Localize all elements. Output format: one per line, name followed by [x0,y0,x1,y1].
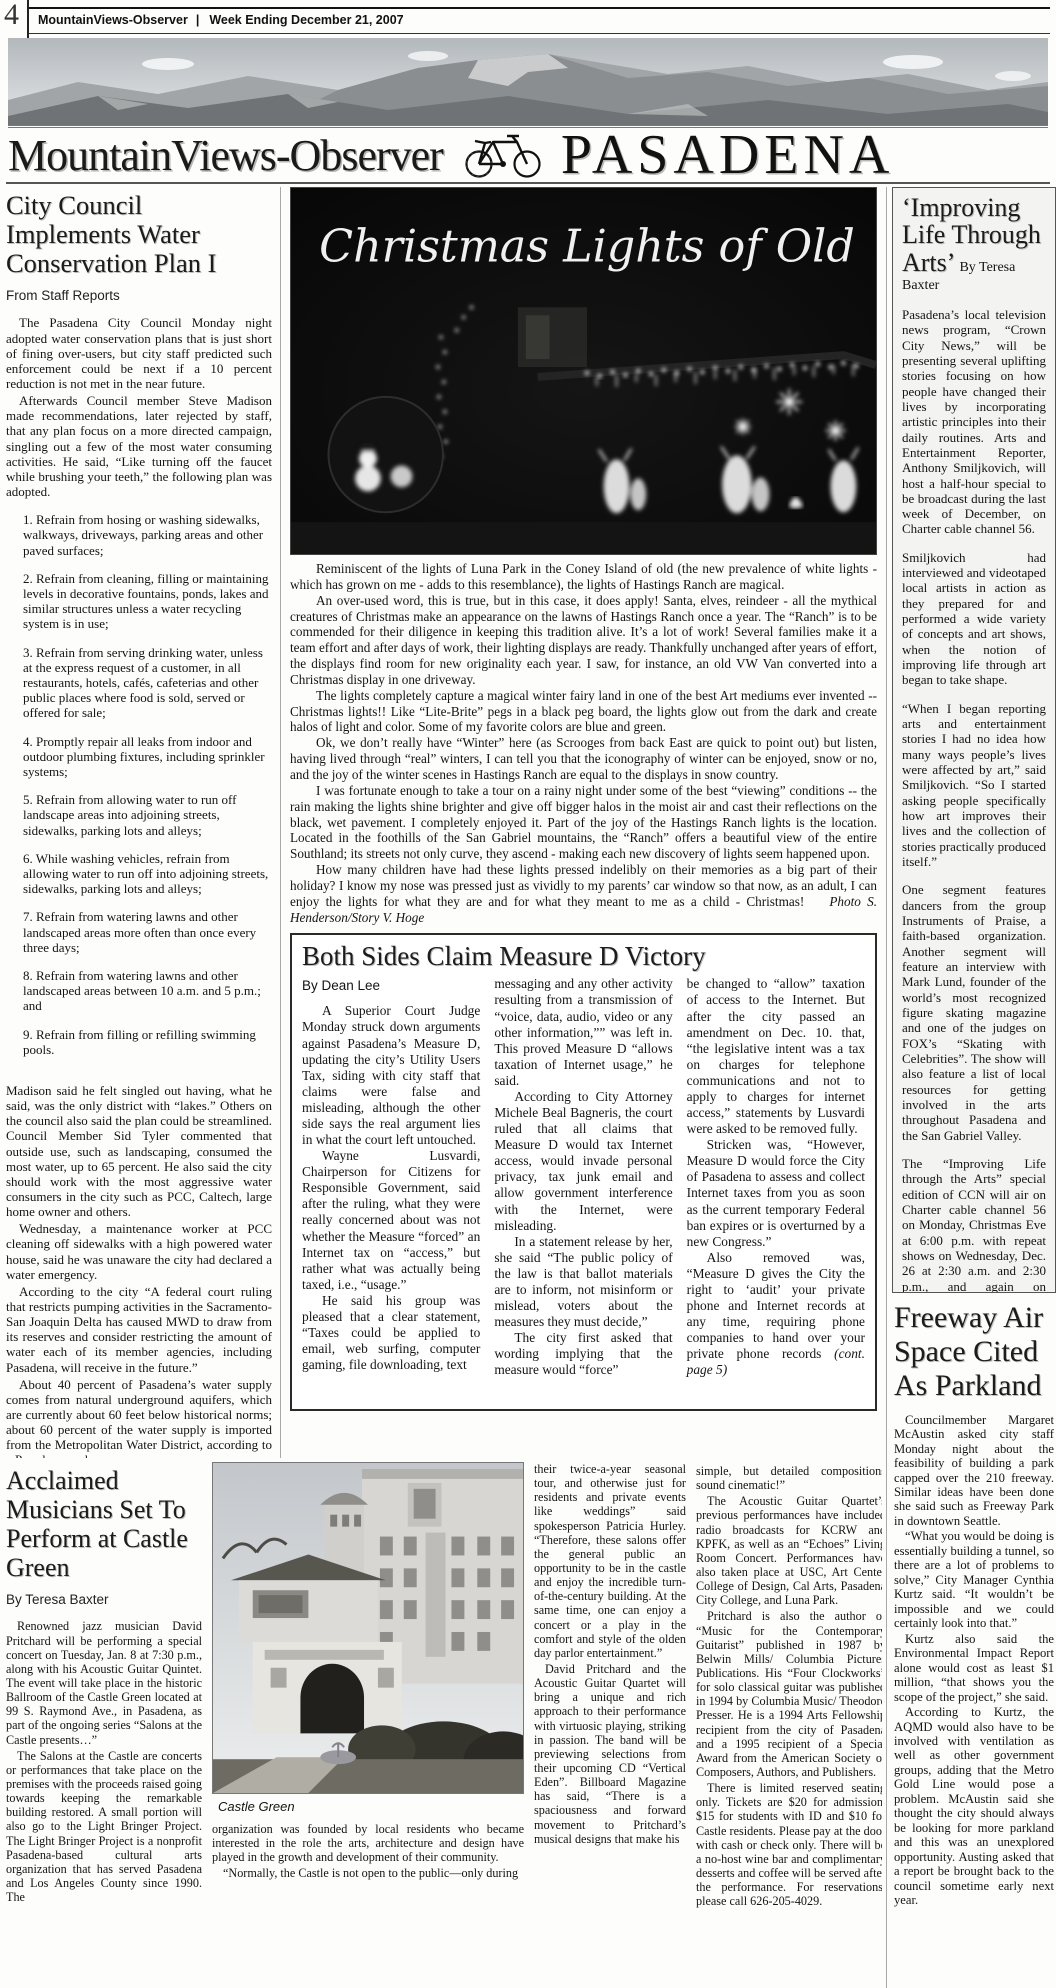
header-rule-bottom [29,33,1050,34]
paragraph: Wayne Lusvardi, Chairperson for Citizens… [302,1148,480,1293]
paragraph-with-credit: How many children have had these lights … [290,862,877,925]
list-item: 9. Refrain from filling or refilling swi… [6,1027,272,1057]
paragraph: The city first asked that wording implyi… [494,1330,672,1378]
paragraph: The Acoustic Guitar Quartet’s previous p… [696,1494,882,1607]
article-freeway-parkland: Freeway Air Space Cited As Parkland Coun… [892,1293,1056,1908]
newspaper-page: 4 MountainViews-Observer|Week Ending Dec… [0,0,1056,1988]
paragraph: Pritchard is also the author of “Music f… [696,1609,882,1779]
measure-d-column-2: messaging and any other activity resulti… [494,976,672,1378]
article-city-council: City Council Implements Water Conservati… [2,187,281,1458]
paragraph: “When I began reporting arts and enterta… [902,701,1046,870]
list-item: 6. While washing vehicles, refrain from … [6,851,272,897]
paragraph: One segment features dancers from the gr… [902,882,1046,1143]
paragraph: “Normally, the Castle is not open to the… [212,1866,524,1880]
paragraph: simple, but detailed compositions sound … [696,1464,882,1492]
paragraph: Stricken was, “However, Measure D would … [687,1137,865,1250]
castle-green-headline: Acclaimed Musicians Set To Perform at Ca… [6,1466,202,1582]
page-body: City Council Implements Water Conservati… [0,184,1056,1988]
paragraph: An over-used word, this is true, but in … [290,593,877,688]
castle-green-photo [212,1462,524,1794]
paragraph: In a statement release by her, she said … [494,1234,672,1330]
paragraph: How many children have had these lights … [290,862,877,909]
paragraph: The Pasadena City Council Monday night a… [6,315,272,391]
paragraph: According to the city “A federal court r… [6,1284,272,1375]
paragraph: I was fortunate enough to take a tour on… [290,783,877,862]
measure-d-byline: By Dean Lee [302,978,480,993]
article-castle-green: Acclaimed Musicians Set To Perform at Ca… [2,1458,882,1988]
castle-green-photo-column: Castle Green organization was founded by… [212,1462,524,1988]
masthead-title: MountainViews-Observer [8,130,443,181]
paragraph: messaging and any other activity resulti… [494,976,672,1089]
paragraph: A Superior Court Judge Monday struck dow… [302,1003,480,1148]
city-council-continued: Madison said he felt singled out having,… [6,1083,272,1458]
paragraph: Pasadena’s local television news program… [902,307,1046,537]
measure-d-column-3: be changed to “allow” taxation of access… [687,976,865,1378]
city-council-headline: City Council Implements Water Conservati… [6,191,272,278]
page-number: 4 [4,0,19,32]
freeway-headline: Freeway Air Space Cited As Parkland [894,1301,1054,1403]
castle-green-column-1: Acclaimed Musicians Set To Perform at Ca… [6,1462,202,1988]
castle-green-byline: By Teresa Baxter [6,1592,202,1607]
masthead-section: PASADENA [561,123,895,187]
paragraph: “What you would be doing is essentially … [894,1529,1054,1630]
right-column: ‘Improving Life Through Arts’ By Teresa … [886,187,1056,1988]
paragraph: Councilmember Margaret McAustin asked ci… [894,1413,1054,1529]
list-item: 5. Refrain from allowing water to run of… [6,792,272,838]
paragraph: their twice-a-year seasonal tour, and ot… [534,1462,686,1660]
castle-green-caption: Castle Green [218,1799,524,1814]
list-item: 8. Refrain from watering lawns and other… [6,968,272,1014]
folio-line: MountainViews-Observer|Week Ending Decem… [38,13,404,27]
paragraph: be changed to “allow” taxation of access… [687,976,865,1137]
measure-d-columns: By Dean Lee A Superior Court Judge Monda… [302,976,865,1378]
paragraph: The Salons at the Castle are concerts or… [6,1749,202,1905]
castle-green-column-4: simple, but detailed compositions sound … [696,1462,882,1988]
paragraph: Ok, we don’t really have “Winter” here (… [290,735,877,783]
list-item: 7. Refrain from watering lawns and other… [6,909,272,955]
conservation-rules-list: 1. Refrain from hosing or washing sidewa… [6,512,272,1057]
christmas-article-text: Reminiscent of the lights of Luna Park i… [290,561,877,925]
castle-green-column-3: their twice-a-year seasonal tour, and ot… [534,1462,686,1988]
christmas-photo-title: Christmas Lights of Old [319,220,855,272]
paragraph: Wednesday, a maintenance worker at PCC c… [6,1221,272,1282]
middle-column: Christmas Lights of Old [285,187,882,1458]
paragraph: Madison said he felt singled out having,… [6,1083,272,1219]
masthead: MountainViews-Observer PASADENA [6,128,1050,184]
mountain-banner-photo [8,38,1048,128]
paragraph: He said his group was pleased that a cle… [302,1293,480,1373]
paragraph: Kurtz also said the Environmental Impact… [894,1632,1054,1704]
paragraph: Also removed was, “Measure D gives the C… [687,1250,865,1361]
paragraph: According to City Attorney Michele Beal … [494,1089,672,1234]
header-rule-top [29,7,1050,9]
paragraph: The “Improving Life through the Arts” sp… [902,1156,1046,1293]
page-header: 4 MountainViews-Observer|Week Ending Dec… [0,0,1056,38]
article-improving-arts: ‘Improving Life Through Arts’ By Teresa … [892,187,1056,1293]
paragraph: Renowned jazz musician David Pritchard w… [6,1619,202,1746]
paragraph-with-continuation: Also removed was, “Measure D gives the C… [687,1250,865,1379]
mountain-photo-art [8,38,1048,125]
measure-d-headline: Both Sides Claim Measure D Victory [302,941,865,972]
paragraph: According to Kurtz, the AQMD would also … [894,1705,1054,1908]
bicycle-icon [461,128,547,183]
paragraph: Afterwards Council member Steve Madison … [6,393,272,499]
paragraph: David Pritchard and the Acoustic Guitar … [534,1662,686,1846]
christmas-lights-photo: Christmas Lights of Old [290,187,877,555]
paragraph: Reminiscent of the lights of Luna Park i… [290,561,877,593]
paragraph: The lights completely capture a magical … [290,688,877,736]
paragraph: organization was founded by local reside… [212,1822,524,1864]
list-item: 4. Promptly repair all leaks from indoor… [6,734,272,780]
measure-d-column-1: By Dean Lee A Superior Court Judge Monda… [302,976,480,1378]
paper-name: MountainViews-Observer [38,13,188,27]
city-council-byline: From Staff Reports [6,288,272,303]
list-item: 3. Refrain from serving drinking water, … [6,645,272,721]
article-measure-d: Both Sides Claim Measure D Victory By De… [290,933,877,1411]
list-item: 2. Refrain from cleaning, filling or mai… [6,571,272,632]
paragraph: About 40 percent of Pasadena’s water sup… [6,1377,272,1458]
paragraph: Smiljkovich had interviewed and videotap… [902,550,1046,688]
folio-separator: | [196,13,200,27]
issue-date: Week Ending December 21, 2007 [209,13,403,27]
list-item: 1. Refrain from hosing or washing sidewa… [6,512,272,558]
paragraph: There is limited reserved seating only. … [696,1781,882,1908]
